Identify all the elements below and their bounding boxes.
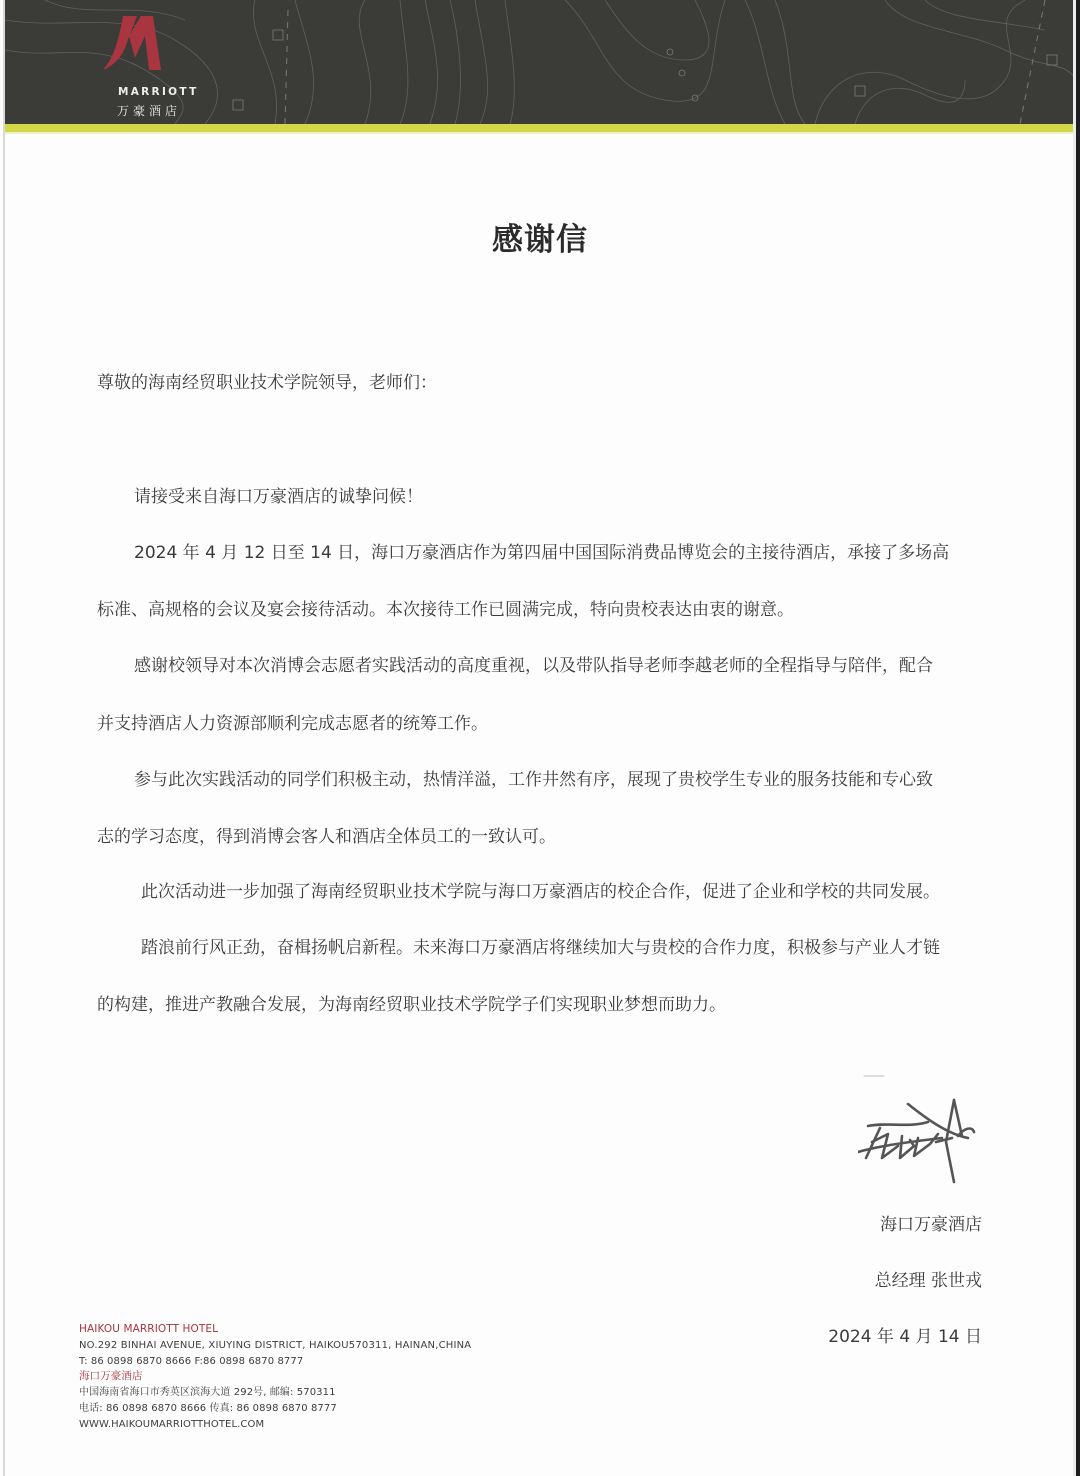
footer-hotel-name-en: HAIKOU MARRIOTT HOTEL — [79, 1322, 471, 1338]
logo-text-en: MARRIOTT — [118, 86, 199, 98]
footer-hotel-name-cn: 海口万豪酒店 — [79, 1369, 471, 1385]
marriott-m-icon — [101, 14, 165, 76]
paragraph-students-line-2: 志的学习态度，得到消博会客人和酒店全体员工的一致认可。 — [97, 822, 556, 847]
salutation: 尊敬的海南经贸职业技术学院领导，老师们： — [97, 368, 437, 393]
footer-website[interactable]: WWW.HAIKOUMARRIOTTHOTEL.COM — [79, 1417, 471, 1433]
signoff-organization: 海口万豪酒店 — [880, 1210, 982, 1235]
paragraph-event-line-1: 2024 年 4 月 12 日至 14 日，海口万豪酒店作为第四届中国国际消费品… — [134, 538, 949, 563]
signoff-signer: 总经理 张世戎 — [875, 1266, 982, 1291]
letterhead-banner: MARRIOTT 万豪酒店 — [5, 0, 1076, 124]
signoff-date: 2024 年 4 月 14 日 — [828, 1322, 982, 1347]
accent-stripe-shadow — [5, 132, 1076, 134]
footer-phone-cn: 电话: 86 0898 6870 8666 传真: 86 0898 6870 8… — [79, 1401, 471, 1417]
paragraph-event-line-2: 标准、高规格的会议及宴会接待活动。本次接待工作已圆满完成，特向贵校表达由衷的谢意… — [97, 595, 794, 620]
footer-phone-en: T: 86 0898 6870 8666 F:86 0898 6870 8777 — [79, 1354, 471, 1370]
accent-stripe — [5, 124, 1076, 132]
logo-text-cn: 万豪酒店 — [117, 102, 181, 119]
paragraph-thanks-line-1: 感谢校领导对本次消博会志愿者实践活动的高度重视，以及带队指导老师李越老师的全程指… — [134, 651, 933, 676]
footer-address-en: NO.292 BINHAI AVENUE, XIUYING DISTRICT, … — [79, 1338, 471, 1354]
paragraph-cooperation: 此次活动进一步加强了海南经贸职业技术学院与海口万豪酒店的校企合作，促进了企业和学… — [141, 877, 940, 902]
paragraph-students-line-1: 参与此次实践活动的同学们积极主动，热情洋溢，工作井然有序，展现了贵校学生专业的服… — [134, 765, 933, 790]
paragraph-greeting: 请接受来自海口万豪酒店的诚挚问候！ — [134, 482, 423, 507]
paragraph-future-line-2: 的构建，推进产教融合发展，为海南经贸职业技术学院学子们实现职业梦想而助力。 — [97, 990, 726, 1015]
paragraph-future-line-1: 踏浪前行风正劲，奋楫扬帆启新程。未来海口万豪酒店将继续加大与贵校的合作力度，积极… — [141, 933, 940, 958]
letter-title: 感谢信 — [0, 214, 1080, 259]
letterhead-footer: HAIKOU MARRIOTT HOTEL NO.292 BINHAI AVEN… — [79, 1322, 471, 1433]
letter-page: MARRIOTT 万豪酒店 感谢信 尊敬的海南经贸职业技术学院领导，老师们： 请… — [0, 0, 1080, 1476]
marriott-logo: MARRIOTT 万豪酒店 — [101, 14, 201, 110]
paragraph-thanks-line-2: 并支持酒店人力资源部顺利完成志愿者的统筹工作。 — [97, 709, 488, 734]
signature-icon — [858, 1072, 978, 1187]
footer-address-cn: 中国海南省海口市秀英区滨海大道 292号, 邮编: 570311 — [79, 1385, 471, 1401]
